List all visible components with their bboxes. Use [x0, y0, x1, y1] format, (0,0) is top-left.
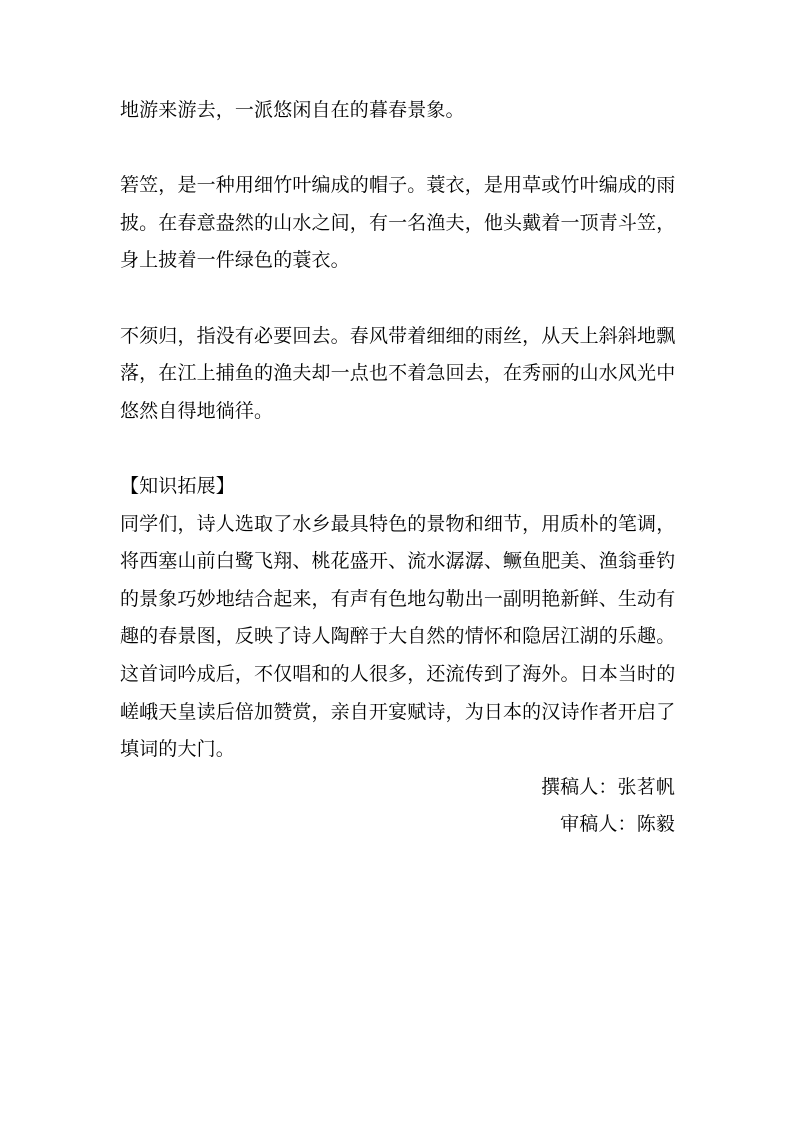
text-line: 落，在江上捕鱼的渔夫却一点也不着急回去，在秀丽的山水风光中: [120, 355, 675, 393]
paragraph-knowledge-expansion: 同学们，诗人选取了水乡最具特色的景物和细节，用质朴的笔调，将西塞山前白鹭飞翔、桃…: [120, 506, 675, 769]
text-line: 箬笠，是一种用细竹叶编成的帽子。蓑衣，是用草或竹叶编成的雨: [120, 167, 675, 205]
text-line: 身上披着一件绿色的蓑衣。: [120, 242, 675, 280]
paragraph-gap-3: [120, 430, 675, 468]
text-line: 的景象巧妙地结合起来，有声有色地勾勒出一副明艳新鲜、生动有: [120, 581, 675, 619]
paragraph-late-spring-tail: 地游来游去，一派悠闲自在的暮春景象。: [120, 92, 675, 130]
text-line: 披。在春意盎然的山水之间，有一名渔夫，他头戴着一顶青斗笠，: [120, 205, 675, 243]
signature-lines: 撰稿人：张茗帆审稿人：陈毅: [120, 769, 675, 844]
text-line: 【知识拓展】: [120, 468, 675, 506]
text-line: 不须归，指没有必要回去。春风带着细细的雨丝，从天上斜斜地飘: [120, 318, 675, 356]
text-line: 趣的春景图，反映了诗人陶醉于大自然的情怀和隐居江湖的乐趣。: [120, 618, 675, 656]
section-heading-knowledge-expansion: 【知识拓展】: [120, 468, 675, 506]
text-line: 这首词吟成后，不仅唱和的人很多，还流传到了海外。日本当时的: [120, 656, 675, 694]
text-line: 填词的大门。: [120, 731, 675, 769]
text-line: 同学们，诗人选取了水乡最具特色的景物和细节，用质朴的笔调，: [120, 506, 675, 544]
document-page: 地游来游去，一派悠闲自在的暮春景象。箬笠，是一种用细竹叶编成的帽子。蓑衣，是用草…: [0, 0, 793, 1123]
paragraph-buxugui: 不须归，指没有必要回去。春风带着细细的雨丝，从天上斜斜地飘落，在江上捕鱼的渔夫却…: [120, 318, 675, 431]
document-body: 地游来游去，一派悠闲自在的暮春景象。箬笠，是一种用细竹叶编成的帽子。蓑衣，是用草…: [120, 92, 675, 844]
paragraph-ruoli-suoyi: 箬笠，是一种用细竹叶编成的帽子。蓑衣，是用草或竹叶编成的雨披。在春意盎然的山水之…: [120, 167, 675, 280]
text-line: 审稿人：陈毅: [120, 806, 675, 844]
text-line: 地游来游去，一派悠闲自在的暮春景象。: [120, 92, 675, 130]
paragraph-gap-2: [120, 280, 675, 318]
text-line: 悠然自得地徜徉。: [120, 393, 675, 431]
text-line: 将西塞山前白鹭飞翔、桃花盛开、流水潺潺、鳜鱼肥美、渔翁垂钓: [120, 543, 675, 581]
text-line: 撰稿人：张茗帆: [120, 769, 675, 807]
paragraph-gap-1: [120, 130, 675, 168]
text-line: 嵯峨天皇读后倍加赞赏，亲自开宴赋诗，为日本的汉诗作者开启了: [120, 694, 675, 732]
